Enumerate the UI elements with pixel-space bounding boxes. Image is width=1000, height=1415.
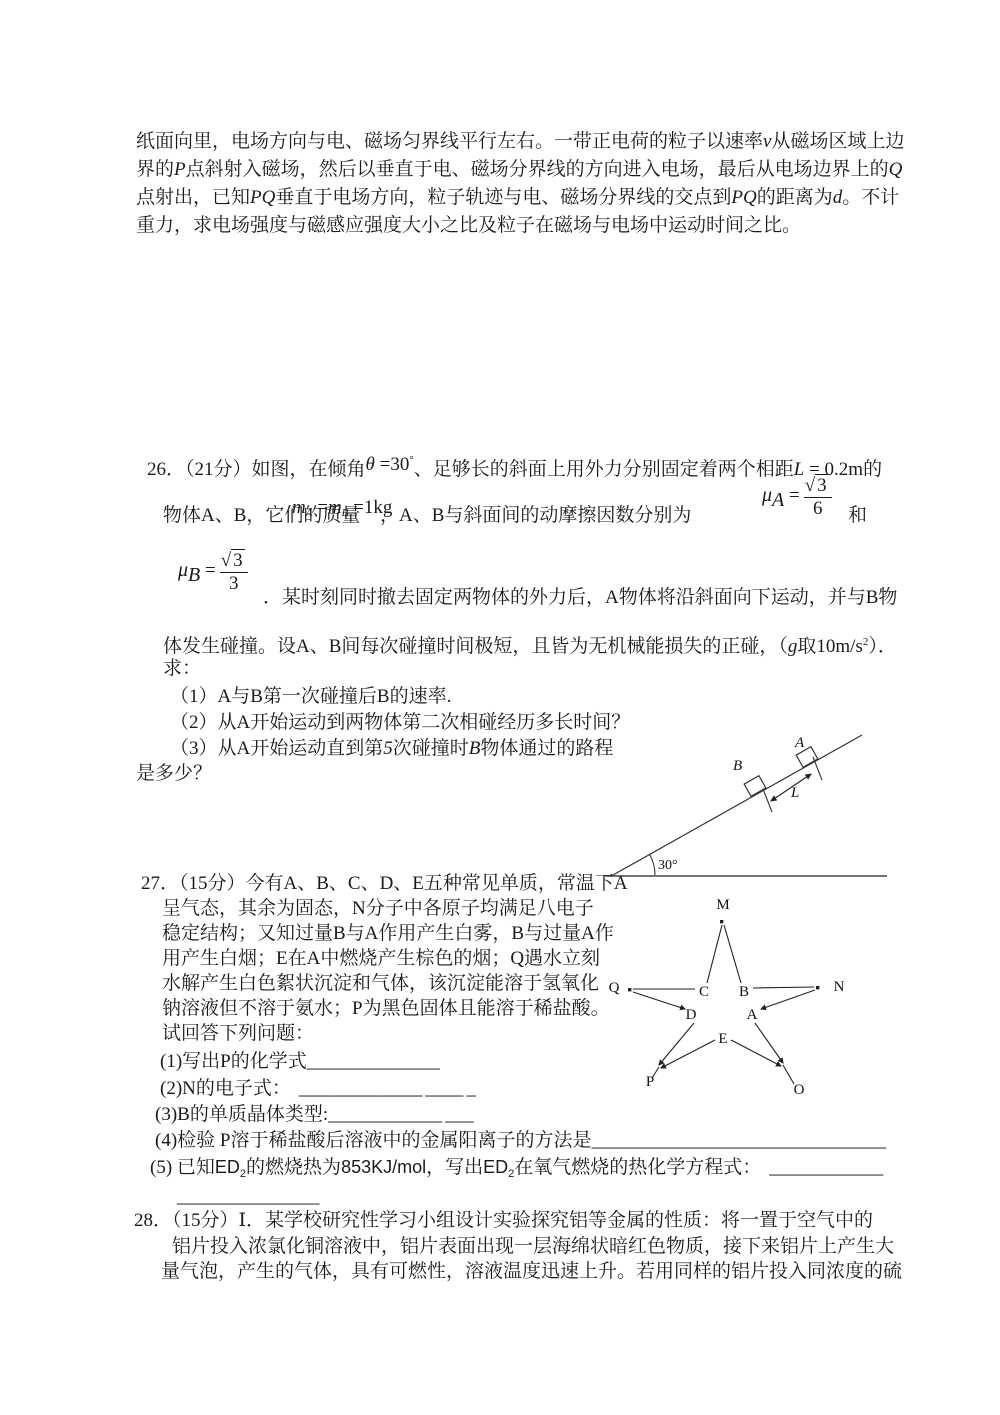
formula-ed2: ED2	[483, 1157, 514, 1177]
star-label-m: M	[716, 897, 729, 913]
angle-arc	[650, 854, 655, 875]
var-q: Q	[889, 159, 903, 180]
edge-n-a	[761, 990, 815, 1009]
var-5: 5	[383, 738, 393, 759]
q26-line2-text3: 和	[848, 505, 867, 527]
q27-line-5: 水解产生白色絮状沉淀和气体，该沉淀能溶于氢氧化	[162, 973, 599, 995]
q26-line3-text: ．某时刻同时撤去固定两物体的外力后，A物体将沿斜面向下运动，并与B物	[263, 587, 897, 609]
star-label-a: A	[747, 1007, 758, 1023]
vertex-dot-n	[816, 986, 819, 989]
tick-b	[763, 789, 772, 812]
var-pq: PQ	[250, 187, 275, 208]
intro-line-2: 界的P点斜射入磁场，然后以垂直于电、磁场分界线的方向进入电场，最后从电场边界上的…	[136, 159, 902, 181]
edge-m-c	[707, 925, 722, 983]
var-b: B	[469, 738, 481, 759]
vertex-dot-q	[628, 988, 631, 991]
q26-item-2: （2）从A开始运动到两物体第二次相碰经历多长时间？	[170, 712, 630, 734]
tail-o	[783, 1065, 794, 1084]
text-segment: 垂直于电场方向，粒子轨迹与电、磁场分界线的交点到	[275, 187, 731, 208]
mu-a-symbol: μA =	[762, 484, 800, 511]
star-label-p: P	[646, 1074, 654, 1090]
blank-underline: _______________	[177, 1186, 320, 1207]
q26-line4: 体发生碰撞。设A、B间每次碰撞时间极短，且皆为无机械能损失的正碰，（g取10m/…	[163, 631, 897, 658]
intro-line-4: 重力，求电场强度与磁感应强度大小之比及粒子在磁场与电场中运动时间之比。	[136, 215, 801, 237]
text-segment: 纸面向里，电场方向与电、磁场匀界线平行左右。一带正电荷的粒子以速率	[136, 131, 763, 152]
blank-underline: _______________________________	[591, 1130, 886, 1151]
star-label-c: C	[699, 984, 709, 1000]
q28-line-2: 铝片投入浓氯化铜溶液中，铝片表面出现一层海绵状暗红色物质，接下来铝片上产生大	[172, 1236, 894, 1258]
q27-sub-5: (5) 已知ED2的燃烧热为853KJ/mol，写出ED2在氧气燃烧的热化学方程…	[150, 1156, 883, 1185]
q27-heading: 27．（15分）今有A、B、C、D、E五种常见单质，常温下A	[141, 873, 628, 895]
q27-sub-4: (4)检验 P溶于稀盐酸后溶液中的金属阳离子的方法是______________…	[155, 1130, 886, 1152]
var-g: g	[788, 636, 798, 657]
incline-line	[613, 735, 862, 875]
formula-theta: θ =30°	[366, 454, 414, 475]
distance-label: L	[790, 785, 799, 801]
text-segment: 界的	[136, 159, 174, 180]
blank-underline: ____________	[769, 1157, 883, 1178]
text-segment: 点射出，已知	[136, 187, 250, 208]
star-label-o: O	[794, 1082, 805, 1098]
angle-label: 30°	[658, 858, 678, 873]
star-label-d: D	[686, 1007, 697, 1023]
star-label-e: E	[718, 1031, 727, 1047]
text-segment: 从磁场区域上边	[771, 131, 904, 152]
q26-item-3: （3）从A开始运动直到第5次碰撞时B物体通过的路程	[170, 738, 613, 760]
formula-mu-a: μA = √36	[762, 476, 832, 519]
edge-q-d	[633, 992, 685, 1009]
q27-line-2: 呈气态，其余为固态，N分子中各原子均满足八电子	[162, 898, 594, 920]
q27-sub-5-cont: _______________	[177, 1186, 320, 1208]
fraction-sqrt3-over-3: √33	[220, 551, 248, 594]
text-segment: 。不计	[842, 187, 899, 208]
q27-sub-3: (3)B的单质晶体类型:_______________	[155, 1104, 474, 1126]
formula-mu-b: μB = √33	[178, 551, 248, 594]
var-pq: PQ	[731, 187, 756, 208]
q27-line-7: 试回答下列问题：	[162, 1023, 314, 1045]
var-d: d	[833, 187, 843, 208]
formula-mass: mA =mB =1kg	[292, 497, 392, 524]
vertex-dot-m	[720, 920, 723, 923]
heat-value: 853KJ/mol	[341, 1157, 426, 1177]
exam-document-page: 纸面向里，电场方向与电、磁场匀界线平行左右。一带正电荷的粒子以速率v从磁场区域上…	[0, 0, 1000, 1415]
q28-line-3: 量气泡，产生的气体，具有可燃性，溶液温度迅速上升。若用同样的铝片投入同浓度的硫	[161, 1261, 902, 1283]
blank-underline: _	[466, 1078, 476, 1099]
q27-sub-1: (1)写出P的化学式______________	[160, 1051, 440, 1073]
intro-line-1: 纸面向里，电场方向与电、磁场匀界线平行左右。一带正电荷的粒子以速率v从磁场区域上…	[136, 131, 904, 153]
q27-line-6: 钠溶液但不溶于氨水；P为黑色固体且能溶于稀盐酸。	[162, 998, 610, 1020]
edge-m-b	[724, 925, 741, 983]
text-segment: 、足够长的斜面上用外力分别固定着两个相距	[414, 459, 794, 480]
q26-item-3-cont: 是多少？	[136, 763, 212, 785]
blank-underline: ______________	[307, 1051, 440, 1072]
edge-a-o	[755, 1023, 783, 1063]
star-label-q: Q	[609, 980, 620, 996]
edge-e-o	[731, 1040, 781, 1066]
block-b	[744, 776, 766, 797]
intro-line-3: 点射出，已知PQ垂直于电场方向，粒子轨迹与电、磁场分界线的交点到PQ的距离为d。…	[136, 187, 899, 209]
q27-line-4: 用产生白烟；E在A中燃烧产生棕色的烟；Q遇水立刻	[162, 948, 600, 970]
text-segment: 重力，求电场强度与磁感应强度大小之比及粒子在磁场与电场中运动时间之比。	[136, 215, 801, 236]
block-a-label: A	[794, 735, 805, 751]
blank-underline: ____	[425, 1078, 463, 1099]
q27-line-3: 稳定结构；又知过量B与A作用产生白雾，B与过量A作	[162, 923, 614, 945]
incline-diagram: 30° B A L	[595, 723, 895, 885]
edge-e-p	[661, 1040, 715, 1068]
blank-underline: ____________	[328, 1104, 442, 1125]
text-segment: 的距离为	[757, 187, 833, 208]
text-segment: 26．（21分）如图，在倾角	[147, 459, 366, 480]
star-label-n: N	[834, 979, 845, 995]
edge-d-p	[659, 1023, 694, 1065]
star-diagram: M Q N C B D A E P O	[593, 885, 863, 1103]
text-segment: 点斜射入磁场，然后以垂直于电、磁场分界线的方向进入电场，最后从电场边界上的	[186, 159, 889, 180]
blank-underline: ___	[445, 1104, 474, 1125]
q26-item-1: （1）A与B第一次碰撞后B的速率.	[170, 686, 451, 708]
q27-sub-2: (2)N的电子式：__________________	[160, 1078, 476, 1100]
var-p: P	[174, 159, 186, 180]
q26-line2-text2: ，A、B与斜面间的动摩擦因数分别为	[380, 505, 691, 527]
chord-b-n	[753, 987, 814, 988]
blank-underline: _____________	[299, 1078, 423, 1099]
block-b-label: B	[733, 758, 742, 774]
q26-ask: 求：	[163, 658, 201, 680]
q28-heading: 28．（15分）Ⅰ．某学校研究性学习小组设计实验探究铝等金属的性质：将一置于空气…	[134, 1210, 873, 1232]
star-label-b: B	[739, 984, 749, 1000]
formula-ed2: ED2	[215, 1157, 246, 1177]
fraction-sqrt3-over-6: √36	[804, 476, 832, 519]
mu-b-symbol: μB =	[178, 559, 216, 586]
